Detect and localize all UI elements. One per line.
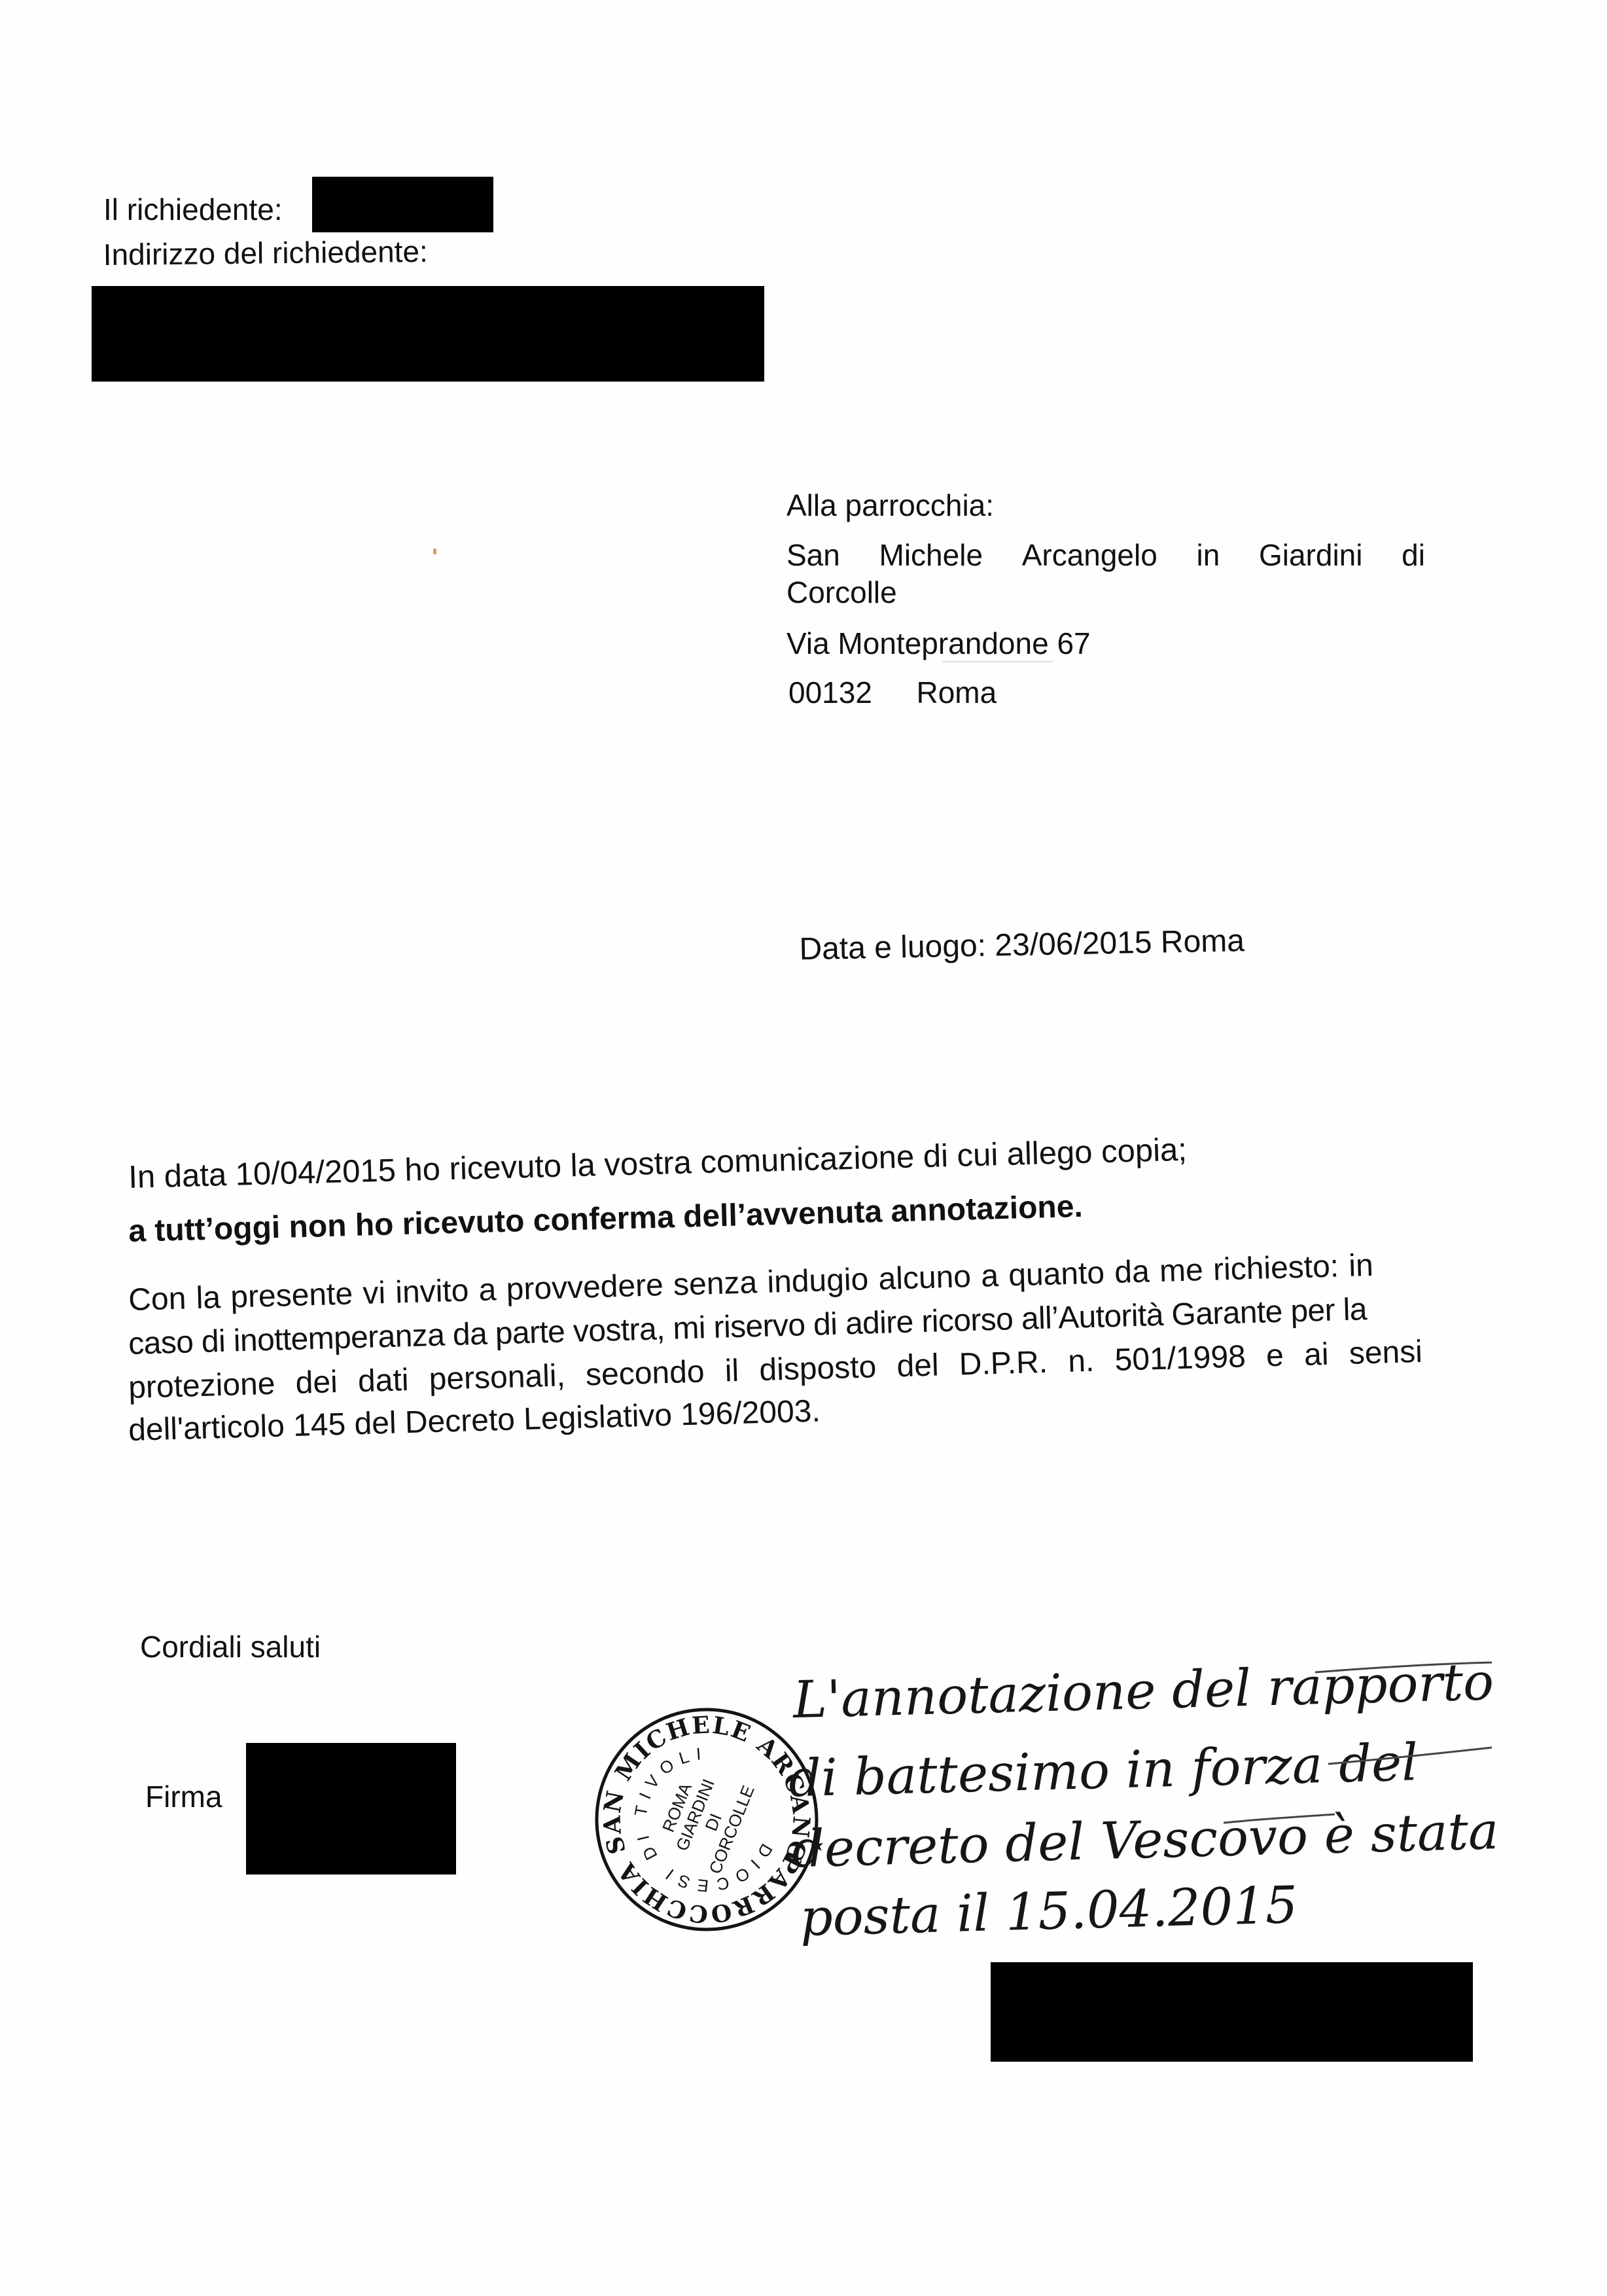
recipient-word: Arcangelo [1022, 540, 1157, 570]
closing: Cordiali saluti [140, 1632, 321, 1662]
recipient-word: Michele [879, 540, 983, 570]
handwritten-line: posta il 15.04.2015 [800, 1876, 1299, 1948]
body-line-1: In data 10/04/2015 ho ricevuto la vostra… [128, 1134, 1188, 1194]
bottom-redaction [991, 1962, 1473, 2062]
requester-address-label: Indirizzo del richiedente: [103, 236, 429, 270]
recipient-name-line2: Corcolle [786, 577, 897, 607]
handwritten-line: decreto del Vescovo è stata [791, 1802, 1500, 1879]
signature-label: Firma [145, 1782, 222, 1812]
handwritten-line: di battesimo in forza del [788, 1733, 1419, 1808]
recipient-street: Via Monteprandone 67 [786, 628, 1091, 658]
recipient-word: San [786, 540, 840, 570]
requester-label: Il richiedente: [103, 194, 283, 224]
scanned-letter-page: Il richiedente: Indirizzo del richiedent… [0, 0, 1607, 2296]
recipient-label: Alla parrocchia: [786, 490, 994, 520]
recipient-postcode: 00132 [788, 675, 872, 709]
body-line-2-bold: a tutt’oggi non ho ricevuto conferma del… [128, 1191, 1084, 1247]
scan-artifact-line [942, 661, 1053, 662]
handwritten-line: L'annotazione del rapporto [791, 1653, 1494, 1730]
date-place: Data e luogo: 23/06/2015 Roma [799, 925, 1245, 965]
recipient-word: in [1196, 540, 1220, 570]
recipient-word: di [1402, 540, 1425, 570]
signature-redaction [246, 1743, 456, 1874]
scan-speck [433, 548, 436, 554]
paragraph-line-4: dell'articolo 145 del Decreto Legislativ… [128, 1395, 821, 1446]
requester-name-redaction [312, 177, 493, 232]
requester-address-redaction [92, 286, 764, 382]
recipient-city: Roma [916, 675, 997, 709]
recipient-name-line1: San Michele Arcangelo in Giardini di [786, 540, 1425, 570]
recipient-city-line: 00132 Roma [788, 677, 997, 708]
handwritten-note: L'annotazione del rapporto di battesimo … [772, 1649, 1505, 1964]
recipient-word: Giardini [1259, 540, 1363, 570]
